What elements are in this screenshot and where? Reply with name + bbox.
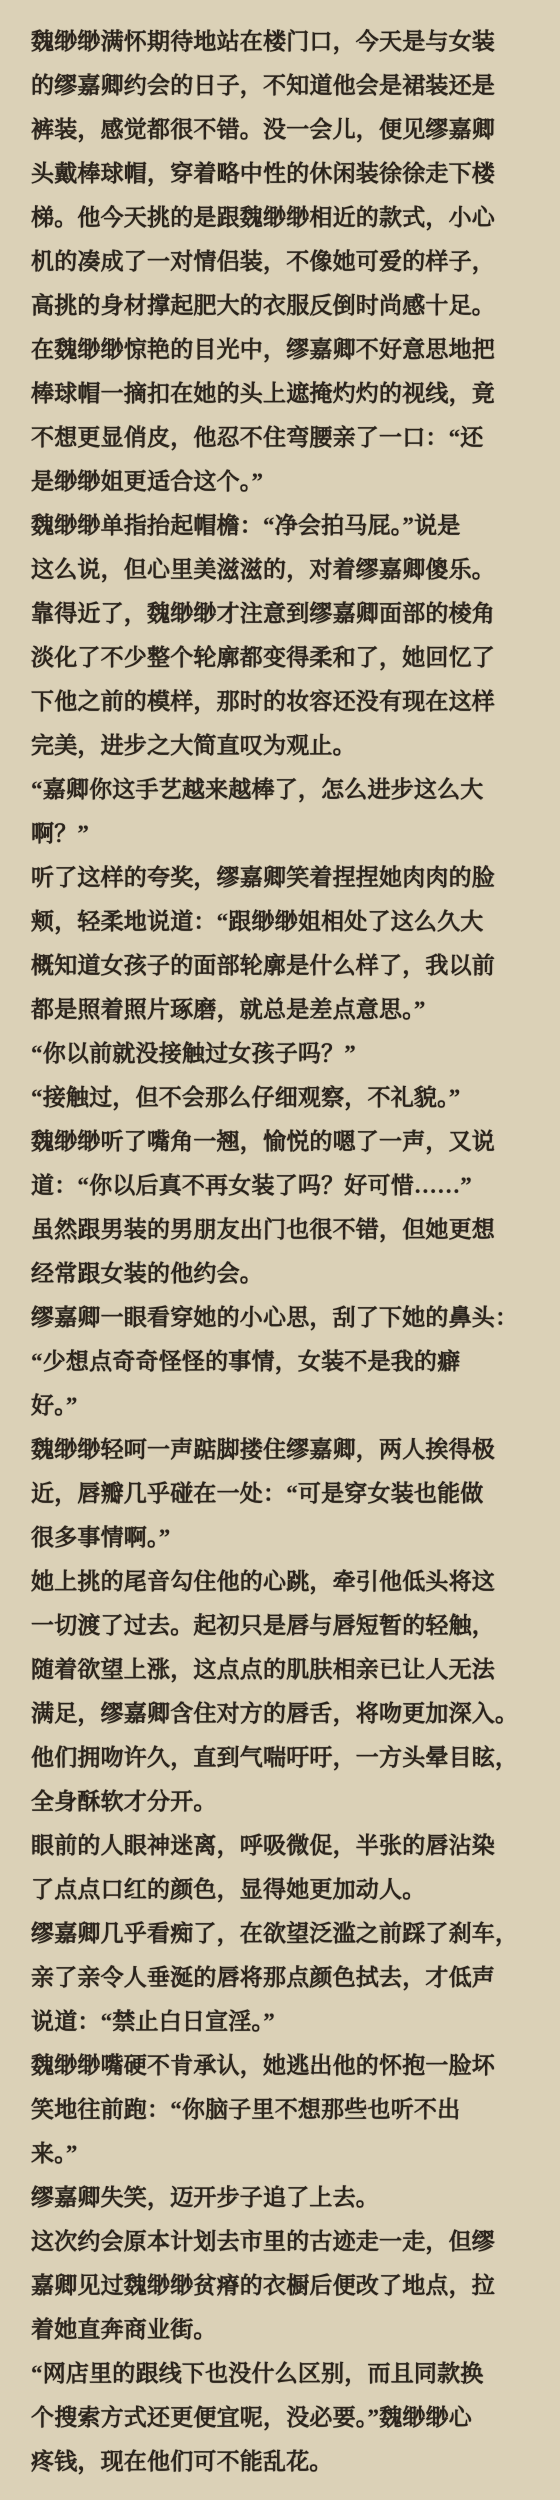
text-line: 他们拥吻许久，直到气喘吁吁，一方头晕目眩，: [31, 1736, 534, 1780]
text-line: 满足，缪嘉卿含住对方的唇舌，将吻更加深入。: [31, 1692, 534, 1736]
text-line: 魏缈缈听了嘴角一翘，愉悦的嗯了一声，又说: [31, 1120, 534, 1164]
text-line: 概知道女孩子的面部轮廓是什么样了，我以前: [31, 944, 534, 988]
text-line: 是缈缈姐更适合这个。”: [31, 460, 534, 504]
text-line: 疼钱，现在他们可不能乱花。: [31, 2440, 534, 2484]
text-line: 完美，进步之大简直叹为观止。: [31, 724, 534, 768]
text-line: 不想更显俏皮，他忍不住弯腰亲了一口：“还: [31, 416, 534, 460]
text-line: 的缪嘉卿约会的日子，不知道他会是裙装还是: [31, 64, 534, 108]
text-line: “接触过，但不会那么仔细观察，不礼貌。”: [31, 1076, 534, 1120]
text-line: 缪嘉卿一眼看穿她的小心思，刮了下她的鼻头：: [31, 1296, 534, 1340]
text-line: 很多事情啊。”: [31, 1516, 534, 1560]
text-line: 全身酥软才分开。: [31, 1780, 534, 1824]
text-line: 近，唇瓣几乎碰在一处：“可是穿女装也能做: [31, 1472, 534, 1516]
text-line: 眼前的人眼神迷离，呼吸微促，半张的唇沾染: [31, 1824, 534, 1868]
text-line: “嘉卿你这手艺越来越棒了，怎么进步这么大: [31, 768, 534, 812]
text-line: 亲了亲令人垂涎的唇将那点颜色拭去，才低声: [31, 1956, 534, 2000]
text-line: 魏缈缈嘴硬不肯承认，她逃出他的怀抱一脸坏: [31, 2044, 534, 2088]
text-line: 缪嘉卿失笑，迈开步子追了上去。: [31, 2176, 534, 2220]
text-line: 好。”: [31, 1384, 534, 1428]
text-line: 魏缈缈单指抬起帽檐：“净会拍马屁。”说是: [31, 504, 534, 548]
text-line: 这么说，但心里美滋滋的，对着缪嘉卿傻乐。: [31, 548, 534, 592]
text-line: 魏缈缈轻呵一声踮脚搂住缪嘉卿，两人挨得极: [31, 1428, 534, 1472]
text-line: 魏缈缈满怀期待地站在楼门口，今天是与女装: [31, 20, 534, 64]
text-line: 梯。他今天挑的是跟魏缈缈相近的款式，小心: [31, 196, 534, 240]
text-line: 裤装，感觉都很不错。没一会儿，便见缪嘉卿: [31, 108, 534, 152]
text-line: “网店里的跟线下也没什么区别，而且同款换: [31, 2352, 534, 2396]
text-line: 着她直奔商业街。: [31, 2308, 534, 2352]
text-line: “你以前就没接触过女孩子吗？”: [31, 1032, 534, 1076]
text-line: 都是照着照片琢磨，就总是差点意思。”: [31, 988, 534, 1032]
text-line: 来。”: [31, 2132, 534, 2176]
reader-page[interactable]: 魏缈缈满怀期待地站在楼门口，今天是与女装的缪嘉卿约会的日子，不知道他会是裙装还是…: [0, 0, 560, 2500]
text-line: 棒球帽一摘扣在她的头上遮掩灼灼的视线，竟: [31, 372, 534, 416]
text-line: 随着欲望上涨，这点点的肌肤相亲已让人无法: [31, 1648, 534, 1692]
text-line: 缪嘉卿几乎看痴了，在欲望泛滥之前踩了刹车，: [31, 1912, 534, 1956]
text-line: 靠得近了，魏缈缈才注意到缪嘉卿面部的棱角: [31, 592, 534, 636]
text-line: 颊，轻柔地说道：“跟缈缈姐相处了这么久大: [31, 900, 534, 944]
text-line: 嘉卿见过魏缈缈贫瘠的衣橱后便改了地点，拉: [31, 2264, 534, 2308]
text-line: 听了这样的夸奖，缪嘉卿笑着捏捏她肉肉的脸: [31, 856, 534, 900]
text-line: 头戴棒球帽，穿着略中性的休闲装徐徐走下楼: [31, 152, 534, 196]
text-line: 淡化了不少整个轮廓都变得柔和了，她回忆了: [31, 636, 534, 680]
text-line: 个搜索方式还更便宜呢，没必要。”魏缈缈心: [31, 2396, 534, 2440]
text-line: “少想点奇奇怪怪的事情，女装不是我的癖: [31, 1340, 534, 1384]
text-line: 笑地往前跑：“你脑子里不想那些也听不出: [31, 2088, 534, 2132]
text-line: 高挑的身材撑起肥大的衣服反倒时尚感十足。: [31, 284, 534, 328]
text-line: 在魏缈缈惊艳的目光中，缪嘉卿不好意思地把: [31, 328, 534, 372]
text-line: 下他之前的模样，那时的妆容还没有现在这样: [31, 680, 534, 724]
text-line: 一切渡了过去。起初只是唇与唇短暂的轻触，: [31, 1604, 534, 1648]
text-line: 啊？”: [31, 812, 534, 856]
text-line: 虽然跟男装的男朋友出门也很不错，但她更想: [31, 1208, 534, 1252]
text-line: 了点点口红的颜色，显得她更加动人。: [31, 1868, 534, 1912]
text-line: 经常跟女装的他约会。: [31, 1252, 534, 1296]
text-line: 道：“你以后真不再女装了吗？好可惜……”: [31, 1164, 534, 1208]
text-line: 说道：“禁止白日宣淫。”: [31, 2000, 534, 2044]
text-line: 机的凑成了一对情侣装，不像她可爱的样子，: [31, 240, 534, 284]
text-line: 这次约会原本计划去市里的古迹走一走，但缪: [31, 2220, 534, 2264]
text-line: 她上挑的尾音勾住他的心跳，牵引他低头将这: [31, 1560, 534, 1604]
